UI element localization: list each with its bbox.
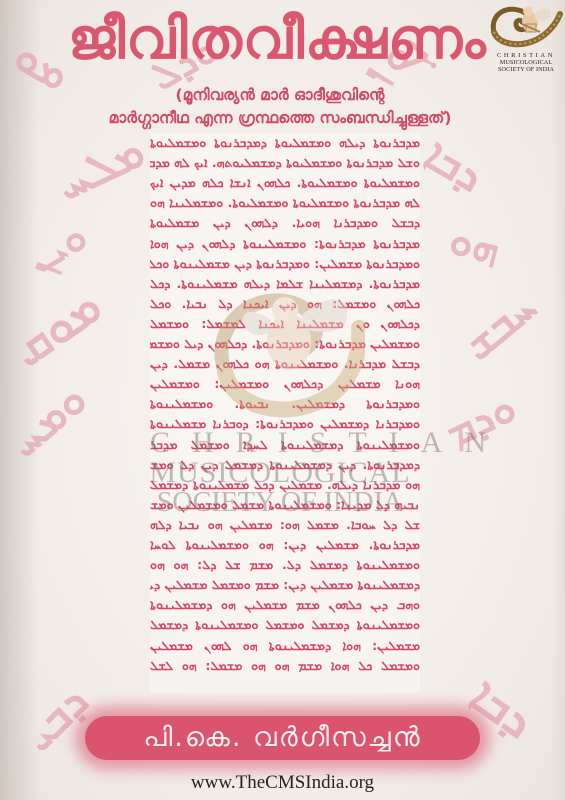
syriac-text-line: ܠܗ ܡܕܒܪܢܘܬܐ ܘܡܫܡܠܝܘܬܐ ܘܡܫܡܠܝܘܬܐ. ܘܡܫܡܠܝܢ… [150,193,420,213]
cms-logo: CHRISTIAN MUSICOLOGICAL SOCIETY OF INDIA [484,2,564,74]
syriac-text-line: ܘܡܕܒܪܢܘܬܐ ܡܫܡܠܝܢ: ܘܡܕܒܪܢܘܬܐ ܕܝܢ ܡܫܡܠܝܢܘܬ… [150,254,420,274]
page-edge [551,0,565,800]
watermark-text-line-3: SOCIETY OF INDIA [130,488,430,518]
background-glyph: ܗܘ [444,214,505,275]
book-cover: ܡܠܚܘܝܢܡܘܩܘܡܚܕܒܐܗܘܚܒܫܘܕܡܕܒܝܕܒܐܓܘܢܘܕܠܡܘ ജീ… [0,0,565,800]
watermark-angel-emblem-icon [205,272,365,432]
book-title: ജീവിതവീക്ഷണം [68,4,478,76]
logo-text-line-2: MUSICOLOGICAL [486,59,565,66]
syriac-text-line: ܘܫܠ ܡܕܒܪܢܘܬܐ ܘܡܫܡܠܝܘܬܐ ܕܡܫܡܠܝܘܬܗ. ܐܝܟ ܠܗ… [150,153,420,173]
syriac-text-line: ܕܡܫܡܠܝܢܘܬܐ ܡܫܡܠܝܢ ܕܝܢ: ܡܫܡ ܘܡܫܡܠ ܡܫܡܠܝܢ … [150,575,420,595]
background-glyph: ܡܠܚ [47,123,153,212]
subtitle-line-1: (മൂനിവര്യൻ മാർ ഓദീശുവിന്റെ [60,86,500,105]
syriac-text-line: ܘܡܫܡܠܝܘܬܐ ܘܡܫܡܠܝܘܬܐ. ܟܠܗܘܢ ܐܢܫܐ ܟܠܗ ܡܕܝܢ… [150,173,420,193]
syriac-text-line: ܡܫܡܠܝܢ: ܗܘܐ ܕܡܫܡܠܝܢܘܬܐ ܗܘ ܠܗܘܢ ܡܫܡܠܝܢ [150,636,420,656]
background-glyph: ܚܒܫ [453,281,546,371]
subtitle-line-2: മാർഗ്ഗാനീഥ എന്ന ഗ്രന്ഥത്തെ സംബന്ധിച്ചുള്… [60,109,500,128]
logo-text-line-1: CHRISTIAN [486,52,565,59]
syriac-text-line: ܘܡܫܡܠܝܢܘܬܐ ܕܡܫܡܠ ܘܡܫܡܠ ܘܡܫܡܠܝܢܘܬܐ ܕܡܫܡܠ [150,615,420,635]
syriac-text-line: ܡܕܒܪܢܘܬܐ. ܡܫܡܠܝܢ ܕܝܢ: ܗܘ ܘܡܫܡܠܝܢܘܬܐ ܠܘܚܐ [150,535,420,555]
syriac-text-line: ܘܡܫܡܠܝܢܘܬܐ ܕܡܫܡܠ ܕܠ. ܡܫܡ ܫܠ ܕܠ: ܗܘ ܗܘ [150,555,420,575]
watermark-text-line-2: MUSICOLOGICAL [130,458,430,488]
author-name: പി.കെ. വർഗീസച്ചൻ [143,722,421,754]
syriac-text-line: ܕܒܫܠ ܘܡܕܒܪܢܐ ܗܘܝܐ. ܕܠܗܘܢ ܕܝܢ ܡܫܡܠܝܘܬܐ [150,213,420,233]
syriac-text-line: ܘܗܒ ܕܝܢ ܟܠܗܘܢ ܡܫܡ ܡܫܡܠܝܢ ܗܘ ܕܡܫܡܠܝܢܘܬܐ [150,595,420,615]
syriac-text-line: ܡܕܒܪܢܘܬܐ ܕܝܠܗ ܘܡܫܡܠܝܘܬܐ ܕܡܕܒܪܢܘܬܐ ܘܡܫܡܠܝ… [150,133,420,153]
syriac-text-line: ܡܕܒܪܢܘܬܐ ܡܕܒܪܢܘܬܐ: ܘܡܫܡܠܝܢܘܬܐ ܕܠܗܘܢ ܕܝܢ … [150,234,420,254]
background-glyph: ܕܒܐ [416,129,492,202]
logo-text-line-3: SOCIETY OF INDIA [486,66,565,73]
angel-with-lyre-icon [488,2,564,52]
website-url[interactable]: www.TheCMSIndia.org [0,772,565,794]
watermark-text-line-1: CHRISTIAN [130,428,450,458]
author-banner: പി.കെ. വർഗീസച്ചൻ [85,716,480,760]
syriac-text-line: ܘܡܫܡܠ ܟܠ ܗܘܐ ܡܫܡ ܗܘ ܗܘ ܡܫܡܠ: ܗܘ ܠܫܠ [150,656,420,676]
